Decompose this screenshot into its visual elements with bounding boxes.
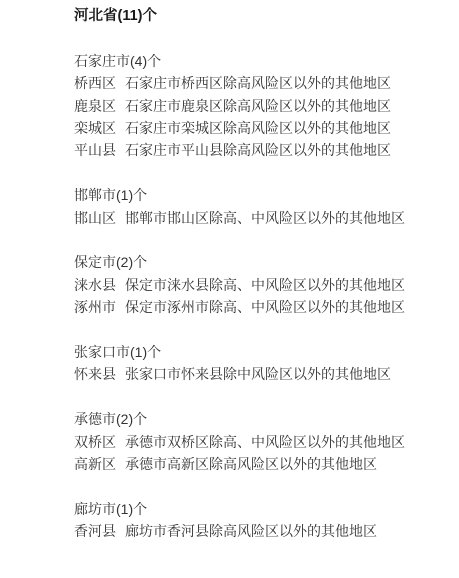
district-description: 邯郸市邯山区除高、中风险区以外的其他地区 [125, 210, 405, 226]
district-description: 廊坊市香河县除高风险区以外的其他地区 [125, 523, 377, 539]
district-description: 石家庄市平山县除高风险区以外的其他地区 [125, 142, 391, 158]
district-description: 保定市涞水县除高、中风险区以外的其他地区 [125, 277, 405, 293]
city-section-baoding: 保定市(2)个 涞水县保定市涞水县除高、中风险区以外的其他地区 涿州市保定市涿州… [74, 251, 439, 318]
city-header: 廊坊市(1)个 [74, 498, 439, 520]
district-row: 桥西区石家庄市桥西区除高风险区以外的其他地区 [74, 72, 439, 94]
district-description: 张家口市怀来县除中风险区以外的其他地区 [125, 366, 391, 382]
risk-area-document: 河北省(11)个 石家庄市(4)个 桥西区石家庄市桥西区除高风险区以外的其他地区… [0, 0, 459, 578]
district-description: 承德市双桥区除高、中风险区以外的其他地区 [125, 434, 405, 450]
district-name: 桥西区 [74, 72, 116, 94]
district-name: 栾城区 [74, 117, 116, 139]
district-row: 高新区承德市高新区除高风险区以外的其他地区 [74, 453, 439, 475]
district-description: 石家庄市鹿泉区除高风险区以外的其他地区 [125, 98, 391, 114]
city-header: 石家庄市(4)个 [74, 50, 439, 72]
district-name: 香河县 [74, 520, 116, 542]
district-description: 承德市高新区除高风险区以外的其他地区 [125, 456, 377, 472]
district-description: 石家庄市桥西区除高风险区以外的其他地区 [125, 75, 391, 91]
city-header: 张家口市(1)个 [74, 341, 439, 363]
city-section-zhangjiakou: 张家口市(1)个 怀来县张家口市怀来县除中风险区以外的其他地区 [74, 341, 439, 386]
district-name: 邯山区 [74, 207, 116, 229]
district-row: 鹿泉区石家庄市鹿泉区除高风险区以外的其他地区 [74, 95, 439, 117]
province-title: 河北省(11)个 [74, 5, 439, 27]
district-name: 怀来县 [74, 363, 116, 385]
district-row: 怀来县张家口市怀来县除中风险区以外的其他地区 [74, 363, 439, 385]
district-name: 高新区 [74, 453, 116, 475]
district-row: 涞水县保定市涞水县除高、中风险区以外的其他地区 [74, 274, 439, 296]
district-name: 涿州市 [74, 296, 116, 318]
district-name: 双桥区 [74, 431, 116, 453]
district-row: 邯山区邯郸市邯山区除高、中风险区以外的其他地区 [74, 207, 439, 229]
district-row: 涿州市保定市涿州市除高、中风险区以外的其他地区 [74, 296, 439, 318]
district-row: 平山县石家庄市平山县除高风险区以外的其他地区 [74, 139, 439, 161]
district-description: 保定市涿州市除高、中风险区以外的其他地区 [125, 299, 405, 315]
city-section-chengde: 承德市(2)个 双桥区承德市双桥区除高、中风险区以外的其他地区 高新区承德市高新… [74, 408, 439, 475]
city-header: 承德市(2)个 [74, 408, 439, 430]
district-name: 鹿泉区 [74, 95, 116, 117]
city-header: 邯郸市(1)个 [74, 184, 439, 206]
district-row: 双桥区承德市双桥区除高、中风险区以外的其他地区 [74, 431, 439, 453]
district-name: 涞水县 [74, 274, 116, 296]
city-section-shijiazhuang: 石家庄市(4)个 桥西区石家庄市桥西区除高风险区以外的其他地区 鹿泉区石家庄市鹿… [74, 50, 439, 162]
district-description: 石家庄市栾城区除高风险区以外的其他地区 [125, 120, 391, 136]
district-row: 香河县廊坊市香河县除高风险区以外的其他地区 [74, 520, 439, 542]
city-section-langfang: 廊坊市(1)个 香河县廊坊市香河县除高风险区以外的其他地区 [74, 498, 439, 543]
district-row: 栾城区石家庄市栾城区除高风险区以外的其他地区 [74, 117, 439, 139]
city-section-handan: 邯郸市(1)个 邯山区邯郸市邯山区除高、中风险区以外的其他地区 [74, 184, 439, 229]
district-name: 平山县 [74, 139, 116, 161]
city-header: 保定市(2)个 [74, 251, 439, 273]
